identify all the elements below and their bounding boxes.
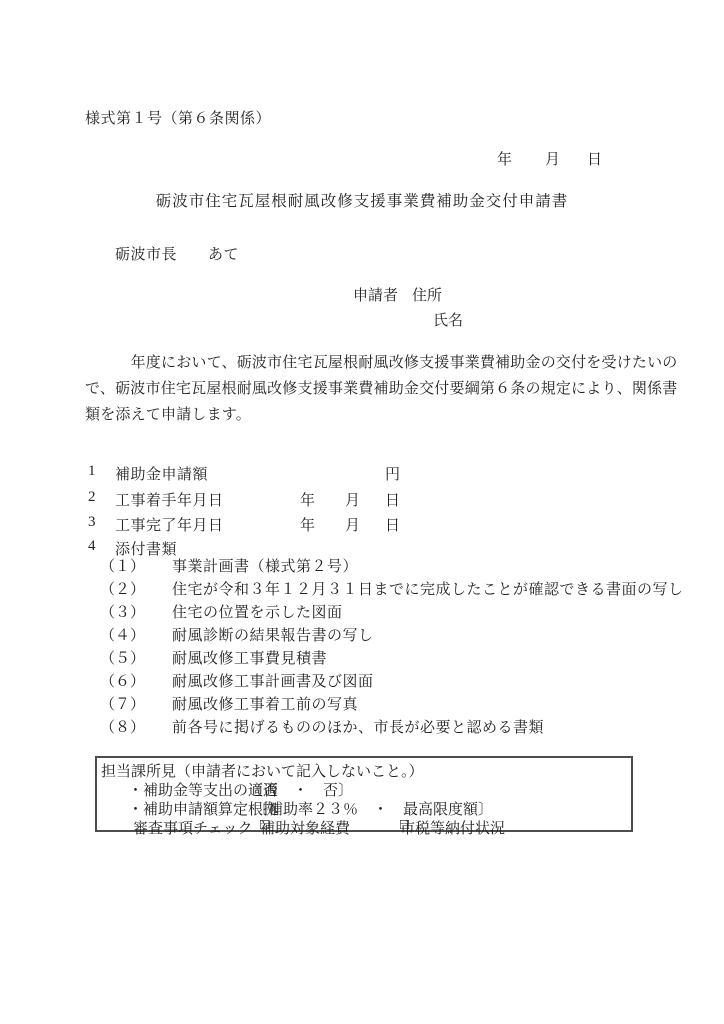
- attachment-item: （４） 耐風診断の結果報告書の写し: [85, 625, 705, 648]
- attachment-number: （２）: [100, 579, 145, 602]
- list-item-subsidy-amount: 1 補助金申請額 円: [85, 463, 685, 480]
- row-options: 〔適 ・ 否〕: [248, 779, 353, 800]
- attachment-number: （６）: [100, 671, 145, 694]
- document-title: 砺波市住宅瓦屋根耐風改修支援事業費補助金交付申請書: [0, 189, 724, 211]
- yen-unit-label: 円: [385, 463, 400, 484]
- attachment-number: （８）: [100, 717, 145, 740]
- attachment-label: 耐風改修工事着工前の写真: [172, 694, 358, 717]
- list-item-number: 4: [88, 538, 96, 555]
- row-label: 審査事項チェック: [133, 817, 253, 838]
- attachment-label: 事業計画書（様式第２号）: [172, 556, 358, 579]
- applicant-label: 申請者: [353, 288, 398, 304]
- application-body-paragraph: 年度において、砺波市住宅瓦屋根耐風改修支援事業費補助金の交付を受けたいの で、砺…: [85, 350, 690, 428]
- day-unit-label: 日: [385, 514, 400, 535]
- attachment-item: （２） 住宅が令和３年１２月３１日までに完成したことが確認できる書面の写し: [85, 579, 705, 602]
- applicant-address-line: 申請者住所: [353, 284, 442, 305]
- list-item-number: 2: [88, 489, 96, 506]
- list-item-number: 3: [88, 514, 96, 531]
- attachment-label: 前各号に掲げるもののほか、市長が必要と認める書類: [172, 717, 544, 740]
- attachment-number: （５）: [100, 648, 145, 671]
- attachment-item: （３） 住宅の位置を示した図面: [85, 602, 705, 625]
- applicant-name-label: 氏名: [433, 309, 463, 330]
- review-box-heading: 担当課所見（申請者において記入しないこと。）: [101, 760, 424, 781]
- attachments-list: （１） 事業計画書（様式第２号） （２） 住宅が令和３年１２月３１日までに完成し…: [85, 556, 705, 740]
- list-item-label: 工事完了年月日: [115, 514, 224, 535]
- review-box-row-check-items: 審査事項チェック □補助対象経費 □市税等納付状況: [97, 817, 627, 835]
- list-item-work-end-date: 3 工事完了年月日 年 月 日: [85, 514, 685, 531]
- attachment-label: 耐風診断の結果報告書の写し: [172, 625, 374, 648]
- list-item-label: 補助金申請額: [115, 463, 208, 484]
- attachment-number: （１）: [100, 556, 145, 579]
- attachment-label: 住宅が令和３年１２月３１日までに完成したことが確認できる書面の写し: [172, 579, 684, 602]
- attachment-label: 住宅の位置を示した図面: [172, 602, 343, 625]
- review-box-row-appropriateness: ・補助金等支出の適否 〔適 ・ 否〕: [97, 779, 627, 797]
- month-unit-label: 月: [345, 489, 360, 510]
- check-item-label: 補助対象経費: [260, 817, 350, 838]
- attachment-item: （６） 耐風改修工事計画書及び図面: [85, 671, 705, 694]
- list-item-number: 1: [88, 463, 96, 480]
- addressee-line: 砺波市長 あて: [115, 243, 239, 264]
- staff-review-box: 担当課所見（申請者において記入しないこと。） ・補助金等支出の適否 〔適 ・ 否…: [95, 756, 633, 832]
- attachment-number: （３）: [100, 602, 145, 625]
- form-number: 様式第１号（第６条関係）: [85, 107, 271, 128]
- date-year-label: 年: [497, 148, 512, 169]
- list-item-label: 工事着手年月日: [115, 489, 224, 510]
- attachment-item: （８） 前各号に掲げるもののほか、市長が必要と認める書類: [85, 717, 705, 740]
- date-day-label: 日: [587, 148, 602, 169]
- application-form-page: 様式第１号（第６条関係） 年 月 日 砺波市住宅瓦屋根耐風改修支援事業費補助金交…: [0, 0, 724, 1024]
- list-item-work-start-date: 2 工事着手年月日 年 月 日: [85, 489, 685, 506]
- check-item-label: 市税等納付状況: [400, 817, 505, 838]
- applicant-address-label: 住所: [412, 288, 442, 304]
- attachment-label: 耐風改修工事計画書及び図面: [172, 671, 374, 694]
- attachment-item: （１） 事業計画書（様式第２号）: [85, 556, 705, 579]
- list-item-attached-documents: 4 添付書類: [85, 538, 685, 555]
- date-month-label: 月: [545, 148, 560, 169]
- year-unit-label: 年: [300, 489, 315, 510]
- month-unit-label: 月: [345, 514, 360, 535]
- year-unit-label: 年: [300, 514, 315, 535]
- date-line: 年 月 日: [0, 148, 724, 166]
- attachment-item: （７） 耐風改修工事着工前の写真: [85, 694, 705, 717]
- day-unit-label: 日: [385, 489, 400, 510]
- review-box-row-calculation-basis: ・補助申請額算定根拠 〔補助率２３％ ・ 最高限度額〕: [97, 798, 627, 816]
- row-options: 〔補助率２３％ ・ 最高限度額〕: [253, 798, 493, 819]
- attachment-number: （７）: [100, 694, 145, 717]
- attachment-number: （４）: [100, 625, 145, 648]
- review-box-heading-line: 担当課所見（申請者において記入しないこと。）: [97, 760, 627, 778]
- attachment-label: 耐風改修工事費見積書: [172, 648, 327, 671]
- attachment-item: （５） 耐風改修工事費見積書: [85, 648, 705, 671]
